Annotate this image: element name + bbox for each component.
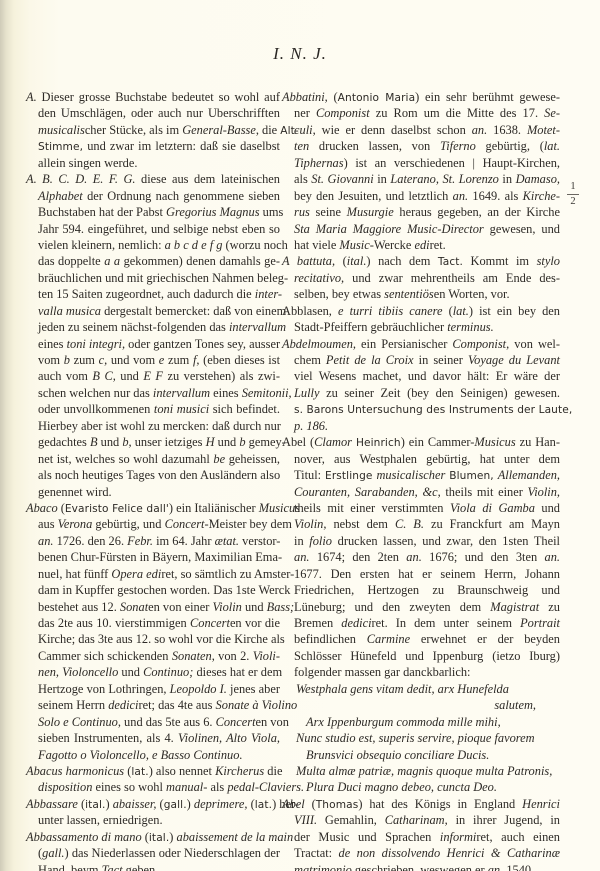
roman-text: dergestalt bemercket: daß von einem bbox=[101, 304, 286, 318]
italic-text: an. bbox=[406, 550, 422, 564]
entry-headword-line: A. B. C. D. E. F. G. diese aus dem latei… bbox=[26, 171, 280, 187]
italic-text: Gregorius Magnus bbox=[166, 205, 260, 219]
roman-text: ) ist ein bey den bbox=[469, 304, 560, 318]
roman-text: ( bbox=[142, 830, 149, 844]
italic-text: Portrait bbox=[520, 616, 560, 630]
roman-text: ) ein Cammer- bbox=[401, 435, 475, 449]
roman-text: und bbox=[242, 600, 267, 614]
roman-text: befindlichen bbox=[294, 632, 367, 646]
roman-text: sich befindet. bbox=[209, 402, 280, 416]
roman-text: net ist, welches so wohl dazumahl bbox=[38, 452, 213, 466]
verse-line: Nunc studio est, superis servire, pioque… bbox=[282, 730, 560, 746]
entry-text-line: den Umschlägen, oder auch nur Uberschrif… bbox=[26, 105, 280, 121]
italic-text: Clamor bbox=[314, 435, 352, 449]
italic-text: A battuta, bbox=[282, 254, 335, 268]
italic-text: culi, bbox=[294, 123, 316, 137]
entry-text-line: bräuchlichen und mit griechischen Nahmen… bbox=[26, 270, 280, 286]
italic-text: musicalischer bbox=[376, 468, 445, 482]
italic-text: Alphabet bbox=[38, 189, 83, 203]
roman-text: eines so wohl bbox=[92, 780, 166, 794]
dictionary-entry: Abbassamento di mano (ital.) abaissement… bbox=[26, 829, 280, 871]
entry-headword-line: Abbassare (ital.) abaisser, (gall.) depr… bbox=[26, 796, 280, 812]
roman-text: Friedrichen, Hertzogen zu Braunschweig u… bbox=[294, 583, 560, 597]
entry-text-line: allein singen werde. bbox=[26, 155, 280, 171]
roman-text: ein Persianischer bbox=[356, 337, 452, 351]
entry-text-line: Fagotto o Violoncello, e Basso Continuo. bbox=[26, 747, 280, 763]
dictionary-entry: A. B. C. D. E. F. G. diese aus dem latei… bbox=[26, 171, 280, 500]
roman-text: zum bbox=[70, 353, 99, 367]
roman-text: von wel- bbox=[509, 337, 560, 351]
verse-block: Westphala gens vitam dedit, arx Hunefeld… bbox=[282, 681, 560, 796]
italic-text: Leopoldo I. bbox=[170, 682, 227, 696]
italic-text: Violinen, Alto Viola, bbox=[178, 731, 280, 745]
italic-text: Componist, bbox=[452, 337, 509, 351]
italic-text: an. bbox=[545, 550, 561, 564]
roman-text: diese aus dem lateinischen bbox=[136, 172, 280, 186]
roman-text: zu Rom um die Mitte des 17. bbox=[370, 106, 545, 120]
roman-text: ) ist an verschiedenen | Haupt-Kirchen, bbox=[344, 156, 560, 170]
entry-text-line: 1677. Den ersten hat er seinem Herrn, Jo… bbox=[282, 566, 560, 582]
sans-text: Evaristo Felice dall' bbox=[65, 503, 169, 515]
entry-text-line: Hand, beym Tact geben. bbox=[26, 862, 280, 871]
italic-text: B C, bbox=[92, 369, 115, 383]
italic-text: recitativo, bbox=[294, 271, 344, 285]
sans-text: Erstlinge bbox=[325, 470, 372, 482]
italic-text: Viola di Gamba bbox=[450, 501, 535, 515]
entry-text-line: theils mit einer verstimmten Viola di Ga… bbox=[282, 500, 560, 516]
sans-text: lat. bbox=[131, 766, 148, 778]
roman-text: geben. bbox=[123, 863, 159, 871]
roman-text: ( bbox=[305, 797, 316, 811]
roman-text: das 2te aus 10. vierstimmigen bbox=[38, 616, 190, 630]
italic-text: toni integri, bbox=[67, 337, 126, 351]
roman-text: selben, bey etwas bbox=[294, 287, 384, 301]
entry-text-line: Lüneburg; und den zweyten dem Magistrat … bbox=[282, 599, 560, 615]
roman-text: bey den Jesuiten, und letztlich bbox=[294, 189, 453, 203]
roman-text: Dieser grosse Buchstabe bedeutet so wohl… bbox=[37, 90, 280, 104]
roman-text: ( bbox=[78, 797, 85, 811]
roman-text: en von einer bbox=[148, 600, 212, 614]
italic-text: an. bbox=[294, 550, 310, 564]
roman-text: zu bbox=[539, 600, 560, 614]
italic-text: Musurgie bbox=[347, 205, 394, 219]
entry-text-line: Tiphernas) ist an verschiedenen | Haupt-… bbox=[282, 155, 560, 171]
roman-text: erwehnet er der beyden bbox=[410, 632, 560, 646]
roman-text: Schlösser Hünefeld und Ippenburg (ietzo … bbox=[294, 649, 560, 663]
entry-text-line: an. 1674; den 2ten an. 1676; und den 3te… bbox=[282, 549, 560, 565]
dictionary-entry: A. Dieser grosse Buchstabe bedeutet so w… bbox=[26, 89, 280, 171]
roman-text: zu Franckfurt am Mayn bbox=[424, 517, 560, 531]
entry-text-line: genennet wird. bbox=[26, 484, 280, 500]
italic-text: Music bbox=[339, 238, 369, 252]
roman-text: als noch heutiges Tages von den Auslände… bbox=[38, 468, 280, 482]
marginal-note-bottom: 2 bbox=[570, 196, 575, 207]
italic-text: E F bbox=[143, 369, 163, 383]
roman-text: jeden zu seinem nächst-folgenden das bbox=[38, 320, 229, 334]
dictionary-entry: Abaco (Evaristo Felice dall') ein Italiä… bbox=[26, 500, 280, 763]
italic-text: VIII. bbox=[294, 813, 317, 827]
roman-text: und zwar mehrentheils am Ende des- bbox=[344, 271, 560, 285]
roman-text: , die bbox=[256, 123, 280, 137]
roman-text: 1726. den 26. bbox=[54, 534, 128, 548]
entry-text-line: bestehet aus 12. Sonaten von einer Violi… bbox=[26, 599, 280, 615]
entry-text-line: Bremen dediciret. In dem unter seinem Po… bbox=[282, 615, 560, 631]
italic-text: Solo e Continuo bbox=[38, 715, 118, 729]
sans-text: Stimme, bbox=[38, 141, 83, 153]
italic-text: Febr. bbox=[127, 534, 153, 548]
roman-text: als bbox=[294, 172, 311, 186]
italic-text: C. B. bbox=[395, 517, 424, 531]
italic-text: c, bbox=[99, 353, 108, 367]
italic-text: Sonat bbox=[120, 600, 148, 614]
entry-text-line: nen, Violoncello und Continuo; dieses ha… bbox=[26, 664, 280, 680]
roman-text: nover, aus Westphalen gebürtig, hat unte… bbox=[294, 452, 560, 466]
roman-text: bräuchlichen und mit griechischen Nahmen… bbox=[38, 271, 288, 285]
roman-text: der Ordnung nach genommene sieben bbox=[83, 189, 280, 203]
verse-line: Brunsvici obsequio conciliare Ducis. bbox=[282, 747, 560, 763]
sans-text: ital. bbox=[85, 799, 105, 811]
italic-text: lat. bbox=[544, 139, 560, 153]
roman-text: Cammer sich schickenden bbox=[38, 649, 172, 663]
italic-text: dedici bbox=[341, 616, 371, 630]
entry-text-line: das 2te aus 10. vierstimmigen Concerten … bbox=[26, 615, 280, 631]
entry-text-line: als St. Giovanni in Laterano, St. Lorenz… bbox=[282, 171, 560, 187]
roman-text: dam in Kupffer gestochen worden. Das 1st… bbox=[38, 583, 290, 597]
italic-text: disposition bbox=[38, 780, 92, 794]
dictionary-entry: Abblasen, e turri tibiis canere (lat.) i… bbox=[282, 303, 560, 336]
entry-text-line: auch vom B C, und E F zu verstehen) als … bbox=[26, 368, 280, 384]
entry-text-line: bey den Jesuiten, und letztlich an. 1649… bbox=[282, 188, 560, 204]
entry-text-line: vom b zum c, und vom e zum f, (eben dies… bbox=[26, 352, 280, 368]
entry-headword-line: Abaco (Evaristo Felice dall') ein Italiä… bbox=[26, 500, 280, 516]
roman-text: viel Wesens machet, und davor hält: Er w… bbox=[294, 369, 560, 383]
roman-text: unter lassen, erniedrigen. bbox=[38, 813, 163, 827]
roman-text: ) bbox=[187, 797, 194, 811]
italic-text: b, bbox=[122, 435, 131, 449]
roman-text: vom bbox=[38, 353, 64, 367]
roman-text: im 64. Jahr bbox=[153, 534, 215, 548]
sans-text: lat. bbox=[255, 799, 272, 811]
roman-text: und bbox=[535, 501, 560, 515]
roman-text: theils mit einer verstimmten bbox=[294, 501, 450, 515]
roman-text: heraus gegeben, an der Kirche bbox=[394, 205, 560, 219]
roman-text: 1677. Den ersten hat er seinem Herrn, Jo… bbox=[294, 567, 560, 581]
roman-text: die bbox=[264, 764, 282, 778]
roman-text: nuel, hat fünff bbox=[38, 567, 111, 581]
roman-text: cher Stücke, als im bbox=[85, 123, 182, 137]
verse-line: Arx Ippenburgum commoda mille mihi, bbox=[282, 714, 560, 730]
entry-text-line: viel Wesens machet, und davor hält: Er w… bbox=[282, 368, 560, 384]
italic-text: Couranten, Sarabanden, &c, bbox=[294, 485, 441, 499]
entry-text-line: VIII. Gemahlin, Catharinam, in ihrer Jug… bbox=[282, 812, 560, 828]
entry-text-line: oder unvollkommenen toni musici sich bef… bbox=[26, 401, 280, 417]
italic-text: Abaco bbox=[26, 501, 58, 515]
entry-text-line: Tractat: de non dissolvendo Henrici & Ca… bbox=[282, 845, 560, 861]
italic-text: be bbox=[213, 452, 225, 466]
italic-text: Magistrat bbox=[490, 600, 539, 614]
roman-text: jenes aber bbox=[227, 682, 280, 696]
entry-headword-line: Abdelmoumen, ein Persianischer Componist… bbox=[282, 336, 560, 352]
roman-text: Kommt im bbox=[463, 254, 537, 268]
roman-text: ) ein Italiänischer bbox=[169, 501, 259, 515]
roman-text: 1540. bbox=[503, 863, 534, 871]
marginal-note-top: 1 bbox=[570, 181, 575, 192]
roman-text: unser ietziges bbox=[132, 435, 206, 449]
roman-text: in ihrer Jugend, in bbox=[448, 813, 560, 827]
roman-text: Jahr 594. eingeführet, und selbige nebst… bbox=[38, 222, 280, 236]
italic-text: a b c d e f g bbox=[165, 238, 223, 252]
entry-text-line: (gall.) das Niederlassen oder Niederschl… bbox=[26, 845, 280, 861]
entry-text-line: der Music und Sprachen informiret, auch … bbox=[282, 829, 560, 845]
roman-text: seinem Herrn bbox=[38, 698, 108, 712]
entry-text-line: dam in Kupffer gestochen worden. Das 1st… bbox=[26, 582, 280, 598]
italic-text: General-Basse bbox=[182, 123, 256, 137]
sans-text: ital. bbox=[149, 832, 169, 844]
roman-text: -Meister bey dem bbox=[204, 517, 291, 531]
italic-text: Laterano, St. Lorenzo bbox=[390, 172, 499, 186]
roman-text: hat viele bbox=[294, 238, 339, 252]
italic-text: an. bbox=[38, 534, 54, 548]
entry-text-line: selben, bey etwas sententiösen Worten, v… bbox=[282, 286, 560, 302]
entry-headword-line: A battuta, (ital.) nach dem Tact. Kommt … bbox=[282, 253, 560, 269]
italic-text: an. bbox=[488, 863, 504, 871]
entry-headword-line: Abel (Clamor Heinrich) ein Cammer-Musicu… bbox=[282, 434, 560, 450]
sans-text: Antonio Maria bbox=[338, 92, 416, 104]
italic-text: Henrici bbox=[522, 797, 560, 811]
roman-text: ) ein sehr berühmt gewese- bbox=[415, 90, 560, 104]
roman-text: drucken lassen, von bbox=[309, 139, 440, 153]
entry-text-line: Schlösser Hünefeld und Ippenburg (ietzo … bbox=[282, 648, 560, 664]
entry-text-line: ner Componist zu Rom um die Mitte des 17… bbox=[282, 105, 560, 121]
roman-text: en Worten, vor. bbox=[434, 287, 510, 301]
italic-text: Tiphernas bbox=[294, 156, 344, 170]
italic-text: St. Giovanni bbox=[311, 172, 373, 186]
italic-text: Motet- bbox=[527, 123, 560, 137]
italic-text: Carmine bbox=[367, 632, 410, 646]
entry-text-line: in folio drucken lassen, und zwar, den 1… bbox=[282, 533, 560, 549]
italic-text: Concert bbox=[190, 616, 230, 630]
page-header: I. N. J. bbox=[0, 44, 600, 64]
italic-text: Sta Maria Maggiore Music-Director bbox=[294, 222, 484, 236]
left-column: A. Dieser grosse Buchstabe bedeutet so w… bbox=[26, 89, 280, 871]
roman-text: bestehet aus 12. bbox=[38, 600, 120, 614]
italic-text: Sonaten bbox=[172, 649, 212, 663]
dictionary-entry: Abacus harmonicus (lat.) also nennet Kir… bbox=[26, 763, 280, 796]
roman-text: ( bbox=[156, 797, 163, 811]
italic-text: edi bbox=[414, 238, 429, 252]
italic-text: Abbassamento di mano bbox=[26, 830, 142, 844]
roman-text: Kirche; das 3te aus 12. so wohl vor die … bbox=[38, 632, 285, 646]
italic-text: abaisser, bbox=[113, 797, 157, 811]
italic-text: de non dissolvendo Henrici & Catharinæ bbox=[339, 846, 560, 860]
roman-text: vielen kleinern, nemlich: bbox=[38, 238, 165, 252]
entry-text-line: als noch heutiges Tages von den Auslände… bbox=[26, 467, 280, 483]
roman-text: zu verstehen) als zwi- bbox=[163, 369, 280, 383]
entry-headword-line: Abacus harmonicus (lat.) also nennet Kir… bbox=[26, 763, 280, 779]
verse-line: salutem, bbox=[282, 697, 560, 713]
entry-text-line: Stadt-Pfeiffern gebräuchlicher terminus. bbox=[282, 319, 560, 335]
entry-text-line: folgender massen gar danckbarlich: bbox=[282, 664, 560, 680]
roman-text: Titul: bbox=[294, 468, 325, 482]
entry-text-line: sieben Instrumenten, als 4. Violinen, Al… bbox=[26, 730, 280, 746]
marginal-note: 1 2 bbox=[567, 181, 579, 208]
entry-text-line: benen Chur-Fürsten in Bäyern, Maximilian… bbox=[26, 549, 280, 565]
italic-text: manual bbox=[166, 780, 203, 794]
italic-text: Fagotto o Violoncello, e Basso Continuo. bbox=[38, 748, 243, 762]
roman-text: ret. In dem unter seinem bbox=[372, 616, 521, 630]
italic-text: Kirche- bbox=[523, 189, 560, 203]
italic-text: Opera edi bbox=[111, 567, 161, 581]
roman-text: ret, so sämtlich zu Amster- bbox=[161, 567, 294, 581]
roman-text: Stadt-Pfeiffern gebräuchlicher bbox=[294, 320, 447, 334]
roman-text: ) bbox=[106, 797, 113, 811]
entry-text-line: Couranten, Sarabanden, &c, theils mit ei… bbox=[282, 484, 560, 500]
roman-text: der Music und Sprachen bbox=[294, 830, 440, 844]
roman-text: ums bbox=[260, 205, 284, 219]
dictionary-entry: A battuta, (ital.) nach dem Tact. Kommt … bbox=[282, 253, 560, 302]
italic-text: Petit de la Croix bbox=[326, 353, 414, 367]
entry-text-line: valla musica dergestalt bemercket: daß v… bbox=[26, 303, 280, 319]
italic-text: ital. bbox=[347, 254, 367, 268]
roman-text: 1649. als bbox=[468, 189, 522, 203]
italic-text: Concert bbox=[216, 715, 256, 729]
italic-text: Verona bbox=[58, 517, 93, 531]
roman-text: aus bbox=[38, 517, 58, 531]
roman-text: in bbox=[499, 172, 516, 186]
roman-text: seine bbox=[310, 205, 347, 219]
italic-text: A. B. C. D. E. F. G. bbox=[26, 172, 136, 186]
roman-text: chem bbox=[294, 353, 326, 367]
italic-text: deprimere, bbox=[194, 797, 248, 811]
italic-text: informi bbox=[440, 830, 477, 844]
entry-text-line: rus seine Musurgie heraus gegeben, an de… bbox=[282, 204, 560, 220]
entry-text-line: nuel, hat fünff Opera ediret, so sämtlic… bbox=[26, 566, 280, 582]
verse-line: Multa almæ patriæ, magnis quoque multa P… bbox=[282, 763, 560, 779]
roman-text: und bbox=[116, 369, 144, 383]
entry-text-line: Hierbey aber ist wohl zu mercken: daß du… bbox=[26, 418, 280, 434]
entry-text-line: hat viele Music-Wercke ediret. bbox=[282, 237, 560, 253]
entry-text-line: jeden zu seinem nächst-folgenden das int… bbox=[26, 319, 280, 335]
roman-text: nebst dem bbox=[326, 517, 394, 531]
roman-text: ( bbox=[328, 90, 338, 104]
entry-text-line: recitativo, und zwar mehrentheils am End… bbox=[282, 270, 560, 286]
dictionary-entry: Abbassare (ital.) abaisser, (gall.) depr… bbox=[26, 796, 280, 829]
italic-text: Violin, bbox=[294, 517, 326, 531]
roman-text: und bbox=[98, 435, 123, 449]
roman-text: zu seiner Zeit (bey den Seinigen) gewese… bbox=[319, 386, 560, 400]
italic-text: valla musica bbox=[38, 304, 101, 318]
roman-text: ( bbox=[335, 254, 347, 268]
entry-text-line: culi, wie er denn daselbst schon an. 163… bbox=[282, 122, 560, 138]
roman-text: benen Chur-Fürsten in Bäyern, Maximilian… bbox=[38, 550, 282, 564]
italic-text: Concert bbox=[165, 517, 205, 531]
italic-text: sententiös bbox=[384, 287, 434, 301]
entry-text-line: Hertzoge von Lothringen, Leopoldo I. jen… bbox=[26, 681, 280, 697]
entry-headword-line: A. Dieser grosse Buchstabe bedeutet so w… bbox=[26, 89, 280, 105]
italic-text: Violin bbox=[212, 600, 241, 614]
entry-text-line: Cammer sich schickenden Sonaten, von 2. … bbox=[26, 648, 280, 664]
italic-text: Abdelmoumen, bbox=[282, 337, 356, 351]
sans-text: gall. bbox=[164, 799, 187, 811]
dictionary-entry: Abel (Clamor Heinrich) ein Cammer-Musicu… bbox=[282, 434, 560, 681]
entry-text-line: Violin, nebst dem C. B. zu Franckfurt am… bbox=[282, 516, 560, 532]
italic-text: abaissement de la main bbox=[177, 830, 294, 844]
italic-text: Tiferno bbox=[440, 139, 476, 153]
italic-text: intervallum bbox=[153, 386, 210, 400]
entry-headword-line: Abbatini, (Antonio Maria) ein sehr berüh… bbox=[282, 89, 560, 105]
entry-text-line: das doppelte a a gekommen) denen damahls… bbox=[26, 253, 280, 269]
italic-text: Kircherus bbox=[215, 764, 264, 778]
roman-text: und bbox=[118, 665, 143, 679]
italic-text: stylo bbox=[537, 254, 560, 268]
italic-text: musicalis bbox=[38, 123, 85, 137]
roman-text: allein singen werde. bbox=[38, 156, 137, 170]
italic-text: Abbatini, bbox=[282, 90, 328, 104]
italic-text: Abbassare bbox=[26, 797, 78, 811]
entry-text-line: Stimme, und zwar im letztern: daß sie da… bbox=[26, 138, 280, 154]
roman-text: sieben Instrumenten, als 4. bbox=[38, 731, 178, 745]
roman-text: (worzu noch bbox=[222, 238, 287, 252]
roman-text: ) hat des Königs in England bbox=[358, 797, 522, 811]
roman-text: folgender massen gar danckbarlich: bbox=[294, 665, 471, 679]
entry-text-line: disposition eines so wohl manual- als pe… bbox=[26, 779, 280, 795]
roman-text: , von 2. bbox=[212, 649, 253, 663]
italic-text: A. bbox=[26, 90, 37, 104]
italic-text: Catharinam, bbox=[385, 813, 448, 827]
verse-line: Plura Duci magno debeo, cuncta Deo. bbox=[282, 779, 560, 795]
italic-text: Continuo; bbox=[143, 665, 193, 679]
roman-text: wie er denn daselbst schon bbox=[316, 123, 472, 137]
italic-text: a a bbox=[104, 254, 120, 268]
roman-text: theils mit einer bbox=[441, 485, 528, 499]
entry-text-line: an. 1726. den 26. Febr. im 64. Jahr ætat… bbox=[26, 533, 280, 549]
roman-text: den Umschlägen, oder auch nur Uberschrif… bbox=[38, 106, 280, 120]
roman-text: ret. bbox=[430, 238, 446, 252]
roman-text: Tractat: bbox=[294, 846, 339, 860]
entry-text-line: Kirche; das 3te aus 12. so wohl vor die … bbox=[26, 631, 280, 647]
italic-text: an. bbox=[453, 189, 469, 203]
roman-text: ( bbox=[443, 304, 453, 318]
entry-text-line: unter lassen, erniedrigen. bbox=[26, 812, 280, 828]
roman-text: zum bbox=[164, 353, 193, 367]
roman-text: gebürtig, und bbox=[92, 517, 164, 531]
italic-text: e turri tibiis canere bbox=[338, 304, 443, 318]
italic-text: ætat. bbox=[215, 534, 239, 548]
roman-text: - als bbox=[203, 780, 227, 794]
roman-text: und zwar im letztern: daß sie daselbst bbox=[83, 139, 280, 153]
entry-text-line: nover, aus Westphalen gebürtig, hat unte… bbox=[282, 451, 560, 467]
entry-text-line: seinem Herrn dediciret; das 4te aus Sona… bbox=[26, 697, 280, 713]
italic-text: Violin, bbox=[528, 485, 560, 499]
sans-text: Heinrich bbox=[356, 437, 401, 449]
roman-text: 1638. bbox=[487, 123, 527, 137]
roman-text: geschrieben, weswegen er bbox=[352, 863, 488, 871]
italic-text: p. 186. bbox=[294, 419, 328, 433]
entry-headword-line: Abblasen, e turri tibiis canere (lat.) i… bbox=[282, 303, 560, 319]
roman-text: gekommen) denen damahls ge- bbox=[120, 254, 280, 268]
entry-text-line: Friedrichen, Hertzogen zu Braunschweig u… bbox=[282, 582, 560, 598]
italic-text: dedici bbox=[108, 698, 138, 712]
entry-headword-line: Abel (Thomas) hat des Königs in England … bbox=[282, 796, 560, 812]
entry-text-line: eines toni integri, oder gantzen Tones s… bbox=[26, 336, 280, 352]
entry-text-line: p. 186. bbox=[282, 418, 560, 434]
entry-text-line: Alphabet der Ordnung nach genommene sieb… bbox=[26, 188, 280, 204]
entry-text-line: s. Barons Untersuchung des Instruments d… bbox=[282, 401, 560, 417]
roman-text: ret; das 4te aus bbox=[138, 698, 215, 712]
entry-text-line: musicalischer Stücke, als im General-Bas… bbox=[26, 122, 280, 138]
roman-text: genennet wird. bbox=[38, 485, 112, 499]
sans-text: Tact. bbox=[438, 256, 463, 268]
